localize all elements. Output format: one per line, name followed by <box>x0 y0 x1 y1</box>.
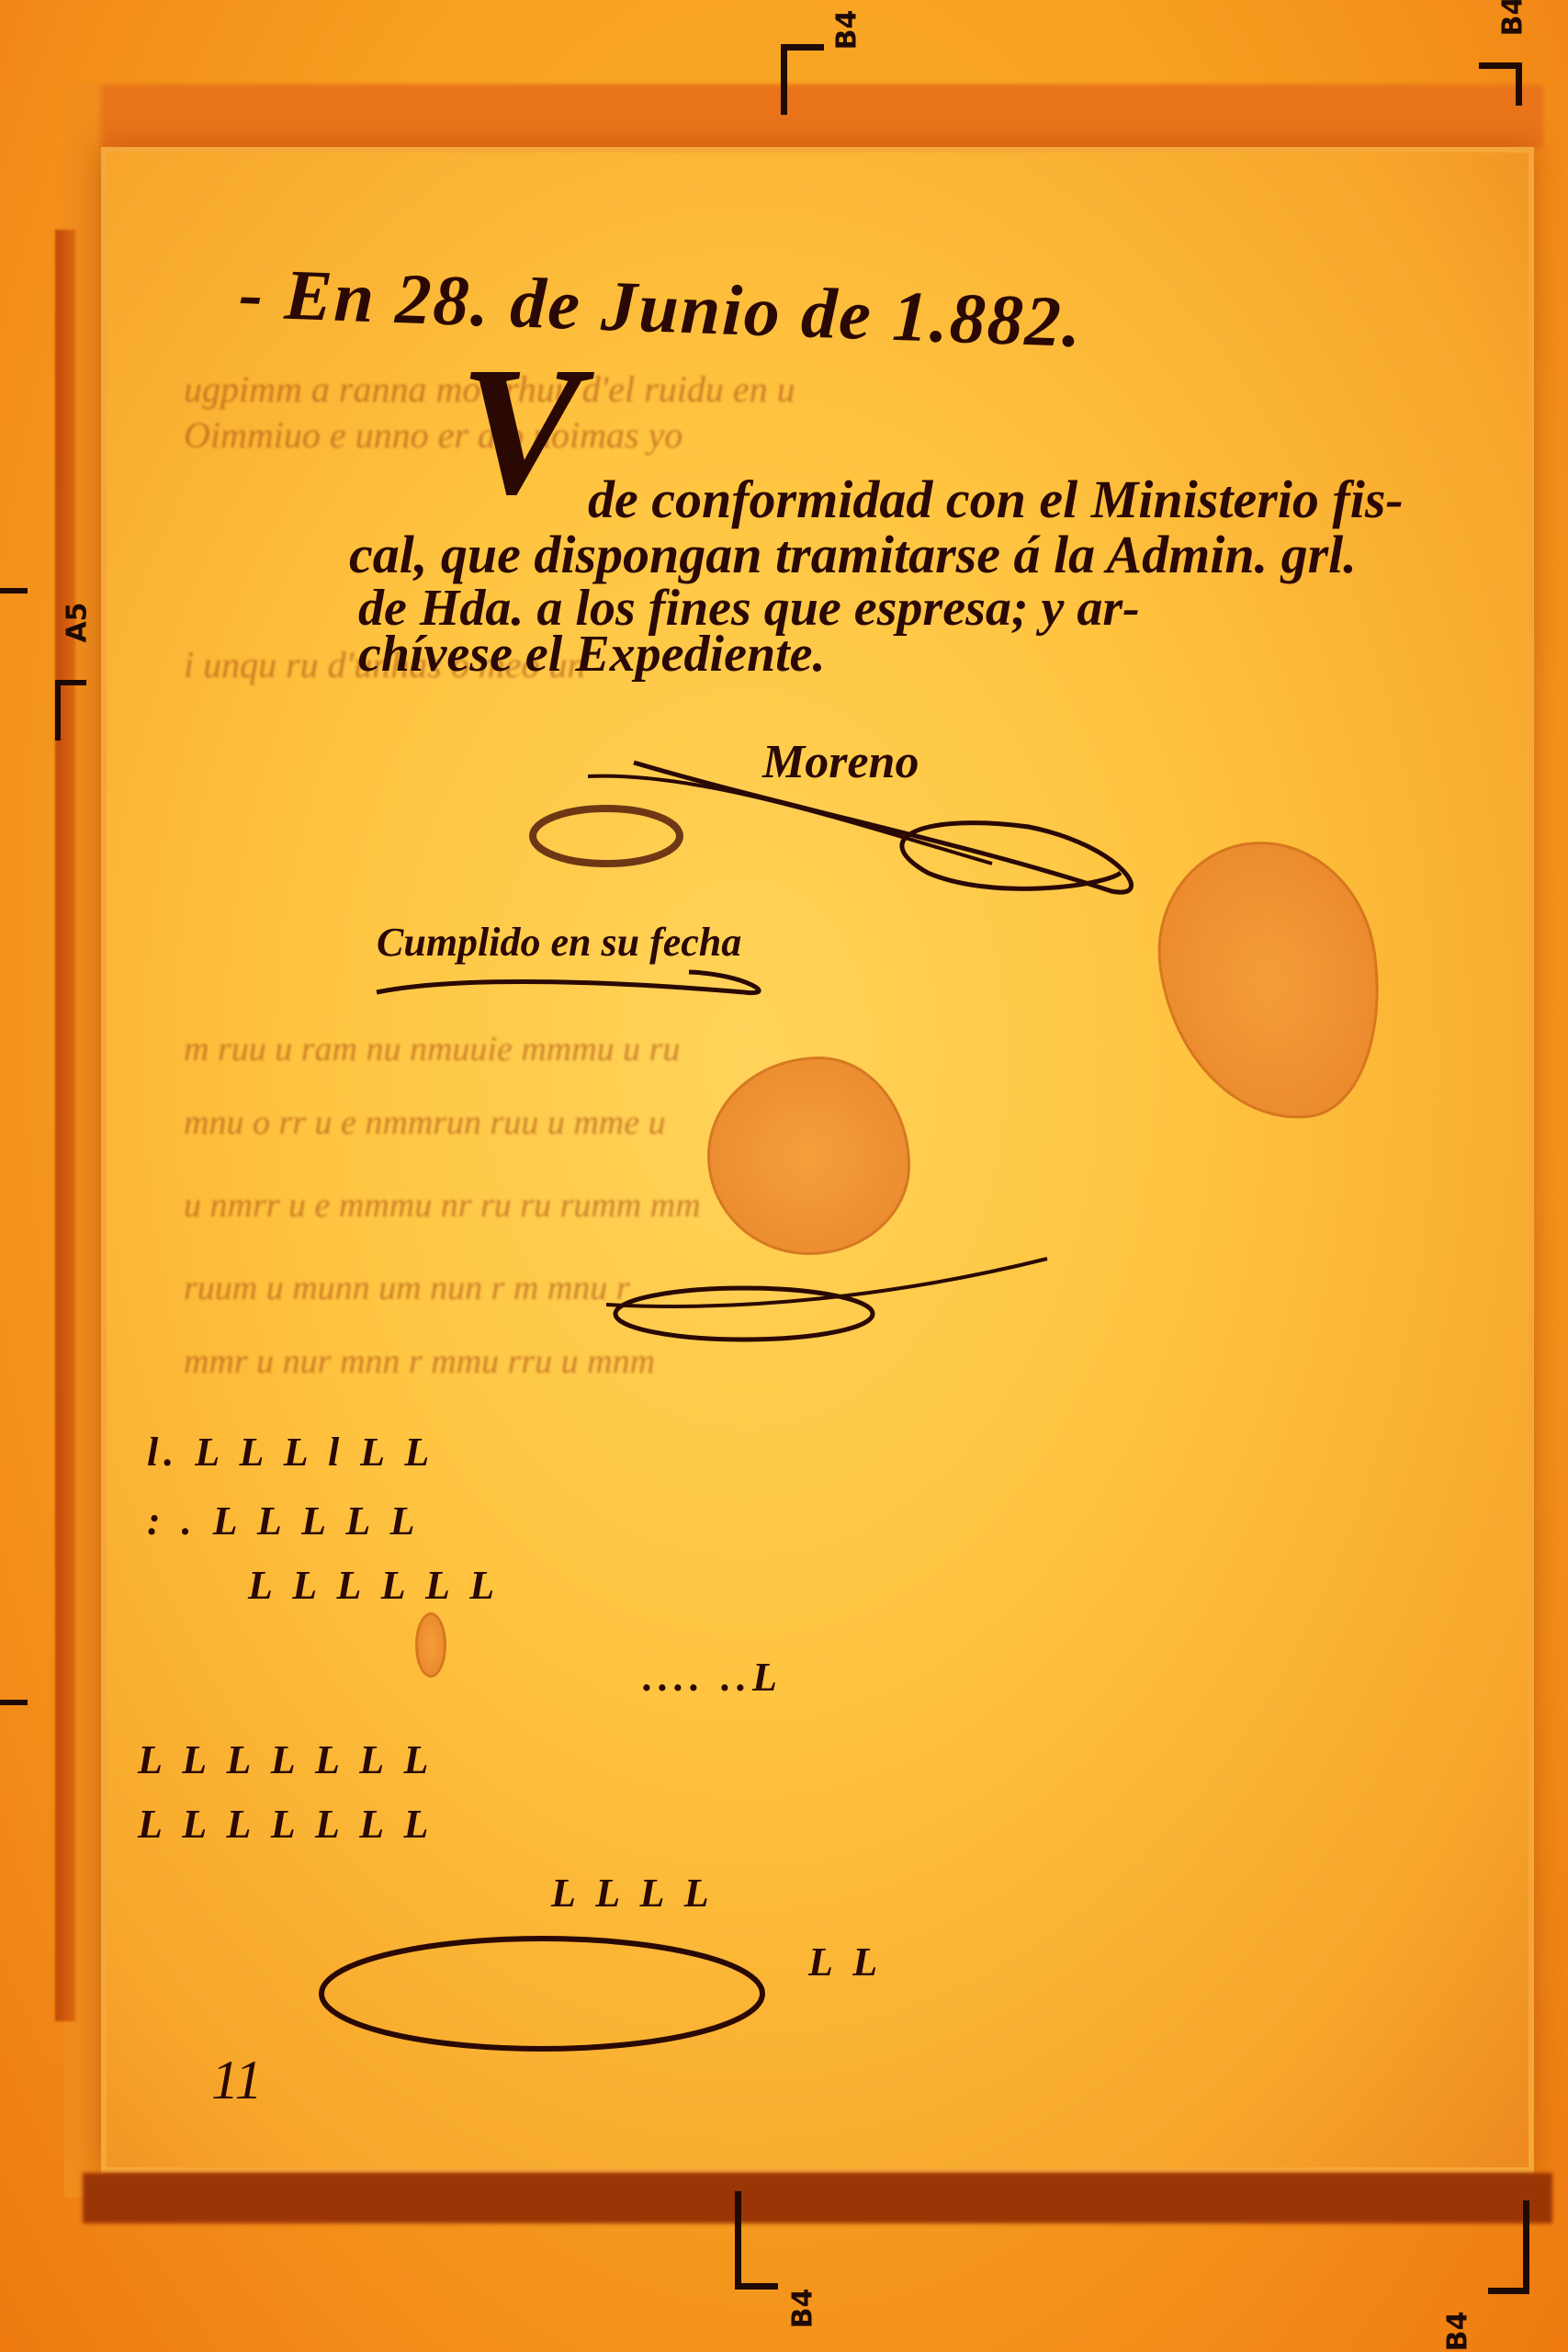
crop-mark-top-right <box>1479 62 1522 106</box>
water-stain-center <box>707 1057 910 1255</box>
decorative-initial: V <box>459 340 581 524</box>
text-line-1: de conformidad con el Ministerio fis- <box>588 469 1404 530</box>
marker-top-right: B4 <box>1496 0 1529 36</box>
crop-mark-left-top <box>0 588 28 594</box>
marker-bottom-center: B4 <box>786 2289 818 2329</box>
left-page-edge <box>55 230 75 2021</box>
annotation-underline <box>358 955 781 1011</box>
crop-mark-bottom-center <box>735 2191 778 2290</box>
crop-mark-left-bottom <box>0 1700 28 1705</box>
margin-numeral: 11 <box>211 2049 263 2112</box>
marker-bottom-right: B4 <box>1441 2312 1473 2352</box>
marker-left-middle: A5 <box>62 602 94 642</box>
bottom-flourish <box>303 1911 781 2076</box>
lower-flourish <box>588 1249 1066 1351</box>
signature-flourish <box>514 735 1139 900</box>
crop-mark-bottom-right <box>1488 2200 1529 2294</box>
marker-top-center: B4 <box>830 10 863 51</box>
crop-mark-top-center <box>781 44 824 115</box>
bottom-shadow-band <box>83 2173 1552 2223</box>
text-line-4: chívese el Expediente. <box>358 625 826 684</box>
small-stain <box>415 1612 446 1678</box>
text-line-2: cal, que dispongan tramitarse á la Admin… <box>349 524 1357 585</box>
crop-mark-left-middle <box>55 680 86 741</box>
